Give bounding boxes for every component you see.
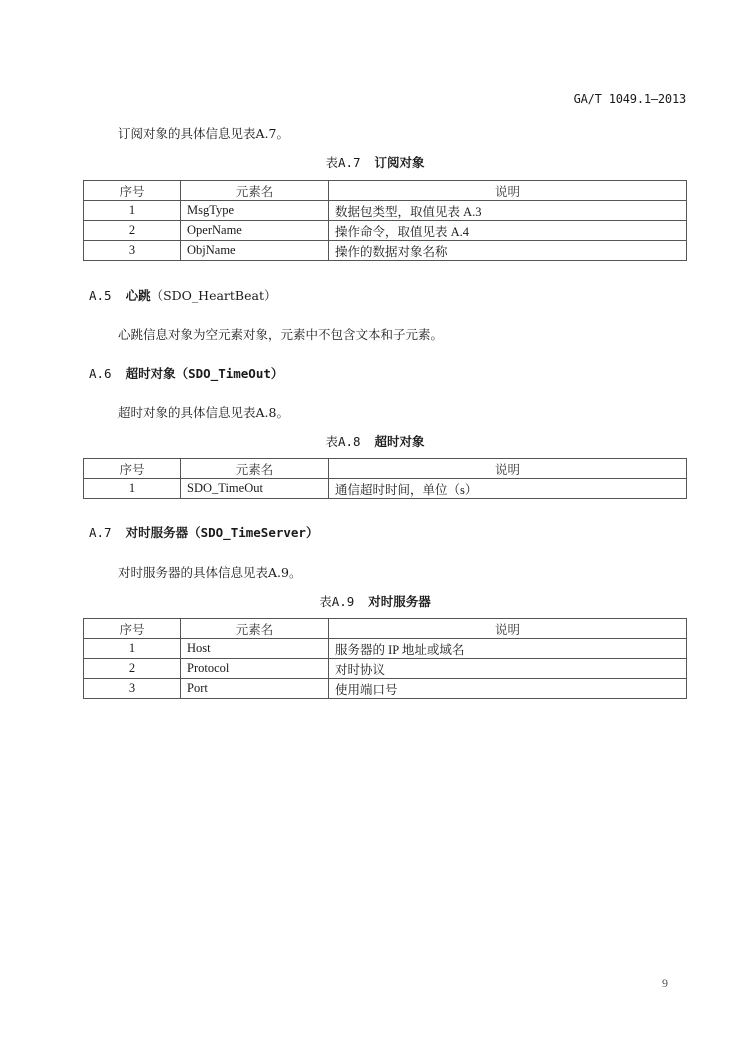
section-a5-body: 心跳信息对象为空元素对象，元素中不包含文本和子元素。 xyxy=(118,325,443,343)
cell-index: 3 xyxy=(84,241,181,261)
table-row: 1 SDO_TimeOut 通信超时时间，单位（s） xyxy=(84,479,687,499)
table-row: 2 OperName 操作命令，取值见表 A.4 xyxy=(84,221,687,241)
section-title: 心跳 xyxy=(126,288,151,303)
section-heading-a6: A.6超时对象（SDO_TimeOut） xyxy=(89,364,283,382)
header-element-name: 元素名 xyxy=(181,459,329,479)
caption-title: 对时服务器 xyxy=(368,594,431,609)
header-index: 序号 xyxy=(84,459,181,479)
section-code: （SDO_HeartBeat） xyxy=(151,288,277,303)
header-element-name: 元素名 xyxy=(181,181,329,201)
table-a8-caption: 表A.8超时对象 xyxy=(0,432,750,450)
header-description: 说明 xyxy=(329,181,687,201)
cell-element-name: Port xyxy=(181,679,329,699)
cell-element-name: SDO_TimeOut xyxy=(181,479,329,499)
table-header-row: 序号 元素名 说明 xyxy=(84,459,687,479)
intro-paragraph: 订阅对象的具体信息见表A.7。 xyxy=(118,124,289,142)
caption-number: 表A.7 xyxy=(325,155,360,170)
header-element-name: 元素名 xyxy=(181,619,329,639)
caption-title: 超时对象 xyxy=(375,434,425,449)
section-title: 对时服务器 xyxy=(126,525,189,540)
table-row: 3 Port 使用端口号 xyxy=(84,679,687,699)
header-description: 说明 xyxy=(329,619,687,639)
cell-description: 操作的数据对象名称 xyxy=(329,241,687,261)
cell-description: 数据包类型，取值见表 A.3 xyxy=(329,201,687,221)
cell-description: 对时协议 xyxy=(329,659,687,679)
cell-element-name: Host xyxy=(181,639,329,659)
cell-index: 2 xyxy=(84,221,181,241)
table-row: 1 MsgType 数据包类型，取值见表 A.3 xyxy=(84,201,687,221)
section-a7-body: 对时服务器的具体信息见表A.9。 xyxy=(118,563,301,581)
cell-element-name: OperName xyxy=(181,221,329,241)
header-index: 序号 xyxy=(84,181,181,201)
section-number: A.5 xyxy=(89,288,112,303)
page-number: 9 xyxy=(662,976,668,991)
cell-description: 服务器的 IP 地址或域名 xyxy=(329,639,687,659)
cell-index: 1 xyxy=(84,639,181,659)
cell-description: 操作命令，取值见表 A.4 xyxy=(329,221,687,241)
section-code: （SDO_TimeServer） xyxy=(188,525,318,540)
section-number: A.7 xyxy=(89,525,112,540)
section-heading-a5: A.5心跳（SDO_HeartBeat） xyxy=(89,286,277,304)
caption-title: 订阅对象 xyxy=(375,155,425,170)
cell-index: 2 xyxy=(84,659,181,679)
cell-description: 通信超时时间，单位（s） xyxy=(329,479,687,499)
cell-index: 1 xyxy=(84,201,181,221)
section-a6-body: 超时对象的具体信息见表A.8。 xyxy=(118,403,289,421)
table-a8: 序号 元素名 说明 1 SDO_TimeOut 通信超时时间，单位（s） xyxy=(83,458,687,499)
section-title: 超时对象 xyxy=(126,366,176,381)
table-a7: 序号 元素名 说明 1 MsgType 数据包类型，取值见表 A.3 2 Ope… xyxy=(83,180,687,261)
table-a7-caption: 表A.7订阅对象 xyxy=(0,153,750,171)
caption-number: 表A.8 xyxy=(325,434,360,449)
header-index: 序号 xyxy=(84,619,181,639)
section-heading-a7: A.7对时服务器（SDO_TimeServer） xyxy=(89,523,318,541)
table-header-row: 序号 元素名 说明 xyxy=(84,619,687,639)
cell-element-name: Protocol xyxy=(181,659,329,679)
section-code: （SDO_TimeOut） xyxy=(176,366,284,381)
cell-description: 使用端口号 xyxy=(329,679,687,699)
table-a9-caption: 表A.9对时服务器 xyxy=(0,592,750,610)
header-description: 说明 xyxy=(329,459,687,479)
cell-index: 1 xyxy=(84,479,181,499)
table-header-row: 序号 元素名 说明 xyxy=(84,181,687,201)
caption-number: 表A.9 xyxy=(319,594,354,609)
table-a9: 序号 元素名 说明 1 Host 服务器的 IP 地址或域名 2 Protoco… xyxy=(83,618,687,699)
table-row: 2 Protocol 对时协议 xyxy=(84,659,687,679)
cell-element-name: MsgType xyxy=(181,201,329,221)
section-number: A.6 xyxy=(89,366,112,381)
cell-element-name: ObjName xyxy=(181,241,329,261)
cell-index: 3 xyxy=(84,679,181,699)
table-row: 3 ObjName 操作的数据对象名称 xyxy=(84,241,687,261)
document-id: GA/T 1049.1—2013 xyxy=(574,92,686,106)
table-row: 1 Host 服务器的 IP 地址或域名 xyxy=(84,639,687,659)
